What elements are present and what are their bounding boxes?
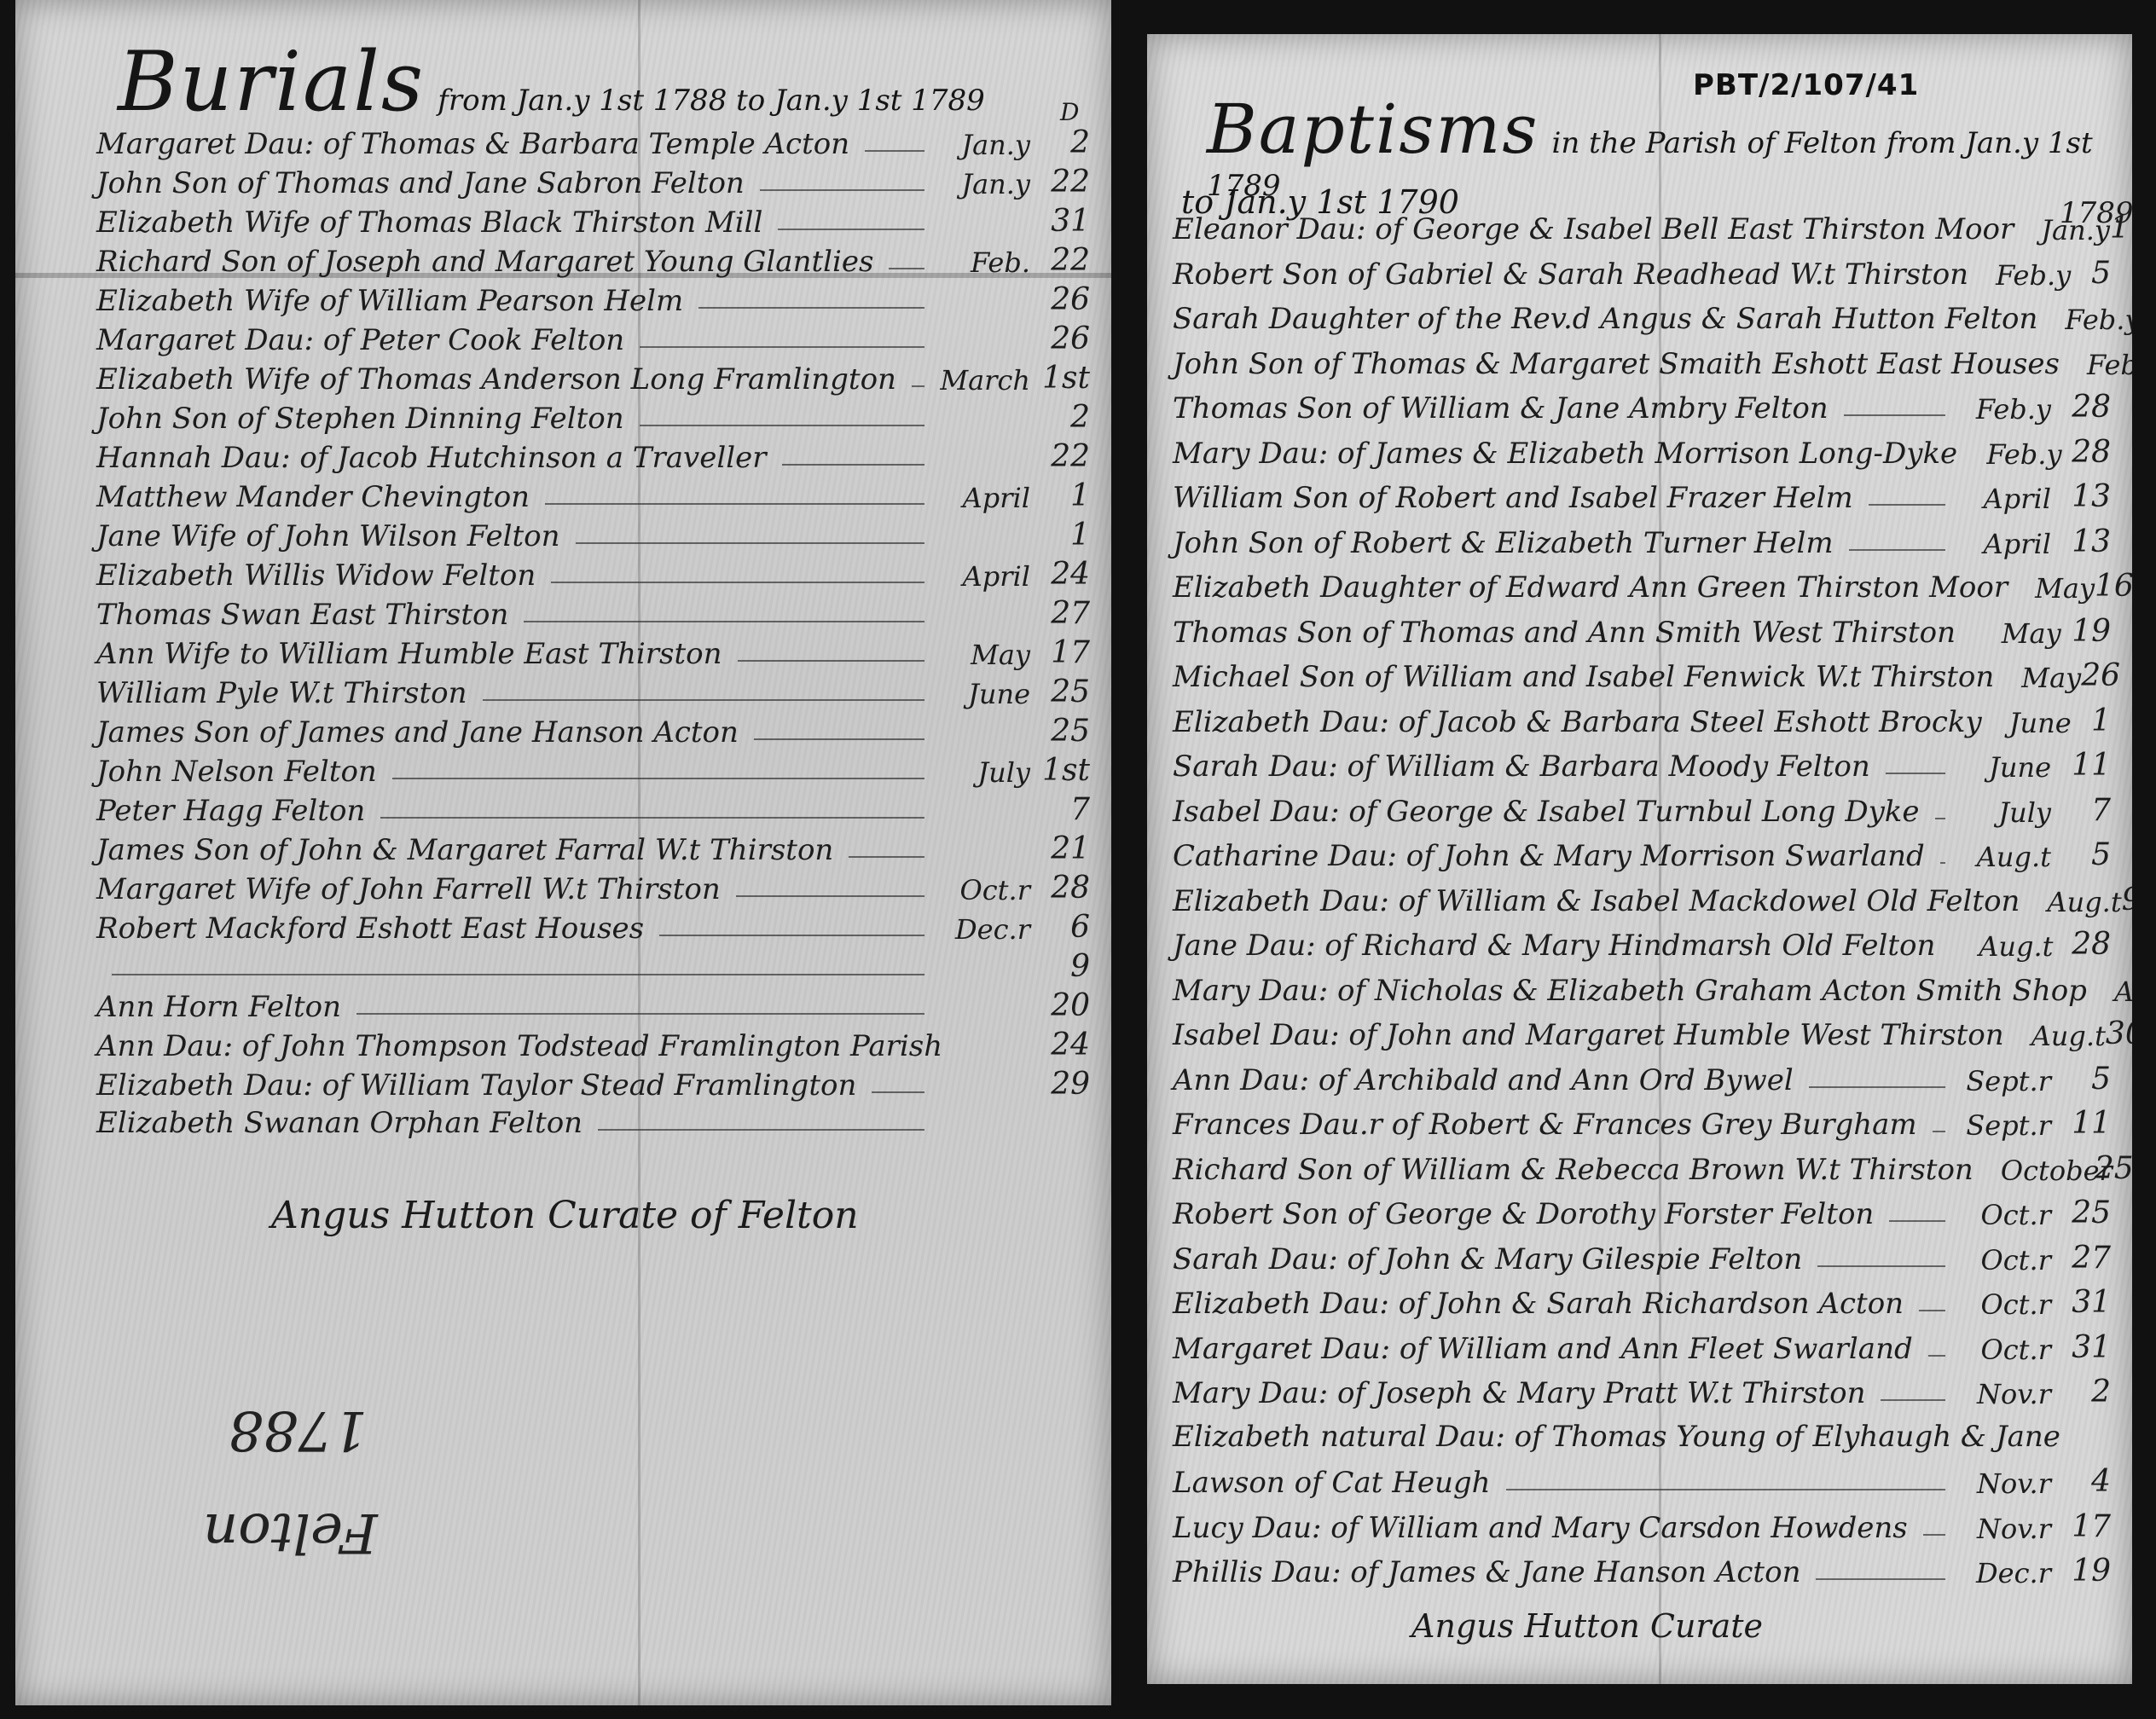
entry-day: 22 — [1030, 442, 1090, 472]
entry-text: Robert Son of Gabriel & Sarah Readhead W… — [1173, 260, 1968, 289]
entry-month: Jan.y — [936, 171, 1030, 198]
entry-day: 9 — [2122, 885, 2132, 916]
entry-text: Elizabeth Wife of Thomas Anderson Long F… — [96, 365, 896, 394]
register-entry: Isabel Dau: of John and Margaret Humble … — [1173, 1019, 2111, 1050]
entry-text: Elizabeth Swanan Orphan Felton — [96, 1108, 582, 1137]
entry-day: 1st — [1030, 363, 1090, 394]
register-entry: Elizabeth natural Dau: of Thomas Young o… — [1173, 1422, 2111, 1451]
register-entry: Elizabeth Dau: of William & Isabel Mackd… — [1173, 885, 2111, 916]
entry-text: Elizabeth Dau: of Jacob & Barbara Steel … — [1173, 708, 1982, 737]
register-entry: Elizabeth Wife of Thomas Anderson Long F… — [96, 363, 1090, 394]
entry-day: 31 — [1030, 206, 1090, 237]
entry-text: Eleanor Dau: of George & Isabel Bell Eas… — [1173, 215, 2014, 244]
entry-day: 5 — [2071, 258, 2111, 289]
entry-day: 7 — [1030, 795, 1090, 825]
register-entry: Phillis Dau: of James & Jane Hanson Acto… — [1173, 1556, 2111, 1587]
entry-text: Matthew Mander Chevington — [96, 483, 530, 512]
entry-day: 19 — [2051, 1556, 2111, 1587]
entry-month: May — [936, 641, 1030, 668]
entry-day: 1 — [2110, 213, 2130, 244]
register-entry: Isabel Dau: of George & Isabel Turnbul L… — [1173, 796, 2111, 826]
entry-text: James Son of James and Jane Hanson Acton — [96, 718, 739, 747]
entry-text: Elizabeth Wife of William Pearson Helm — [96, 286, 683, 315]
entry-text: Lucy Dau: of William and Mary Carsdon Ho… — [1173, 1514, 1908, 1542]
register-entry: Sarah Dau: of William & Barbara Moody Fe… — [1173, 750, 2111, 781]
entry-text: Elizabeth Willis Widow Felton — [96, 561, 536, 590]
entry-text: Elizabeth natural Dau: of Thomas Young o… — [1173, 1422, 2060, 1451]
entry-month: July — [1957, 799, 2051, 826]
entry-text: Catharine Dau: of John & Mary Morrison S… — [1173, 842, 1925, 871]
entry-text: Ann Wife to William Humble East Thirston — [96, 640, 722, 668]
entry-day: 11 — [2051, 1108, 2111, 1139]
entry-day: 5 — [2051, 1064, 2111, 1095]
entry-rule — [872, 1091, 924, 1093]
entry-text: William Pyle W.t Thirston — [96, 679, 467, 708]
entry-rule — [640, 425, 924, 426]
register-entry: Thomas Son of Thomas and Ann Smith West … — [1173, 616, 2111, 647]
entry-day: 6 — [1030, 912, 1090, 943]
register-entry: Jane Dau: of Richard & Mary Hindmarsh Ol… — [1173, 929, 2111, 960]
entry-day: 24 — [1030, 559, 1090, 590]
entry-month: Aug.t — [2031, 1022, 2106, 1050]
entry-day: 1 — [2072, 706, 2111, 737]
entry-rule — [738, 660, 924, 662]
entry-month: Jan.y — [936, 131, 1030, 159]
endorsement-place: Felton — [203, 1501, 378, 1564]
entry-text: Sarah Dau: of John & Mary Gilespie Felto… — [1173, 1245, 1802, 1274]
register-entry: Elizabeth Swanan Orphan Felton — [96, 1108, 1090, 1137]
entry-text: James Son of John & Margaret Farral W.t … — [96, 836, 833, 865]
register-entry: Elizabeth Willis Widow Felton April 24 — [96, 559, 1090, 590]
endorsement-year: 1788 — [229, 1398, 368, 1461]
entry-month: Feb.y — [2087, 351, 2132, 379]
entry-rule — [889, 268, 924, 269]
entry-rule — [1923, 1534, 1945, 1536]
baptisms-title: Baptisms — [1207, 90, 1539, 169]
entry-text: Thomas Son of William & Jane Ambry Felto… — [1173, 394, 1829, 423]
burials-title: Burials — [118, 34, 425, 130]
entry-month: October — [2001, 1157, 2095, 1184]
entry-rule — [865, 150, 924, 152]
entry-rule — [1849, 549, 1945, 551]
entry-month: April — [1957, 530, 2051, 558]
entry-rule — [576, 542, 924, 544]
entry-text: John Son of Thomas and Jane Sabron Felto… — [96, 169, 745, 198]
entry-day: 17 — [1030, 638, 1090, 668]
entry-month: Nov.r — [1957, 1380, 2051, 1408]
entry-day: 30 — [2106, 1019, 2132, 1050]
register-entry: William Pyle W.t Thirston June 25 — [96, 677, 1090, 708]
register-entry: Frances Dau.r of Robert & Frances Grey B… — [1173, 1108, 2111, 1139]
entry-text: Elizabeth Dau: of William Taylor Stead F… — [96, 1071, 856, 1100]
entry-text: Margaret Dau: of Thomas & Barbara Temple… — [96, 130, 849, 159]
entry-text: Elizabeth Wife of Thomas Black Thirston … — [96, 208, 762, 237]
entry-rule — [1940, 862, 1945, 864]
entry-month: Dec.r — [936, 916, 1030, 943]
burials-page: Burials from Jan.y 1st 1788 to Jan.y 1st… — [15, 0, 1111, 1705]
register-entry: John Son of Stephen Dinning Felton 2 — [96, 402, 1090, 433]
entry-rule — [1935, 818, 1945, 819]
entry-month: May — [1983, 620, 2061, 647]
entry-rule — [1869, 504, 1945, 506]
entry-text: Thomas Son of Thomas and Ann Smith West … — [1173, 618, 1956, 647]
register-entry: William Son of Robert and Isabel Frazer … — [1173, 482, 2111, 512]
entry-text: Thomas Swan East Thirston — [96, 600, 508, 629]
entry-day: 25 — [1030, 677, 1090, 708]
entry-day: 21 — [1030, 834, 1090, 865]
entry-month: Oct.r — [936, 877, 1030, 904]
register-entry: Thomas Swan East Thirston 27 — [96, 599, 1090, 629]
register-entry: Margaret Dau: of William and Ann Fleet S… — [1173, 1333, 2111, 1363]
entry-text: Sarah Daughter of the Rev.d Angus & Sara… — [1173, 304, 2037, 333]
entry-month: July — [936, 759, 1030, 786]
entry-month: Feb.y — [1996, 262, 2071, 289]
entry-month: April — [936, 563, 1030, 590]
entry-text: Jane Dau: of Richard & Mary Hindmarsh Ol… — [1173, 931, 1935, 960]
register-entry: Michael Son of William and Isabel Fenwic… — [1173, 661, 2111, 692]
entry-day: 2 — [2051, 1377, 2111, 1408]
register-entry: Ann Dau: of Archibald and Ann Ord Bywel … — [1173, 1064, 2111, 1095]
entry-day: 11 — [2051, 750, 2111, 781]
entry-day: 28 — [1030, 873, 1090, 904]
entry-rule — [1817, 1265, 1945, 1267]
entry-rule — [1928, 1355, 1945, 1357]
register-entry: Richard Son of William & Rebecca Brown W… — [1173, 1154, 2111, 1184]
entry-rule — [1506, 1489, 1945, 1490]
entry-day: 24 — [1043, 1030, 1090, 1061]
entry-rule — [483, 699, 924, 701]
entry-rule — [778, 229, 924, 230]
entry-month: Oct.r — [1957, 1201, 2051, 1229]
entry-month: Aug.t — [1957, 843, 2051, 871]
entry-day: 9 — [1030, 952, 1090, 982]
entry-month: June — [2009, 709, 2072, 737]
entry-month: Feb.y — [2065, 306, 2132, 333]
burials-date-range: from Jan.y 1st 1788 to Jan.y 1st 1789 — [438, 84, 985, 118]
entry-rule — [551, 582, 924, 583]
entry-month: April — [936, 484, 1030, 512]
entry-day: 5 — [2051, 840, 2111, 871]
register-entry: Robert Son of Gabriel & Sarah Readhead W… — [1173, 258, 2111, 289]
register-entry: Mary Dau: of Nicholas & Elizabeth Graham… — [1173, 975, 2111, 1005]
entry-text: Jane Wife of John Wilson Felton — [96, 522, 560, 551]
entry-day: 1 — [1030, 481, 1090, 512]
entry-day: 26 — [2081, 661, 2120, 692]
entry-day: 28 — [2053, 929, 2111, 960]
entry-text: John Son of Thomas & Margaret Smaith Esh… — [1173, 350, 2060, 379]
entry-day: 28 — [2062, 437, 2111, 468]
entry-month: Aug.t — [2047, 888, 2121, 916]
entry-day: 1st — [1030, 755, 1090, 786]
register-entry: James Son of James and Jane Hanson Acton… — [96, 716, 1090, 747]
entry-text: Margaret Dau: of William and Ann Fleet S… — [1173, 1334, 1913, 1363]
entry-text: Mary Dau: of Nicholas & Elizabeth Graham… — [1173, 976, 2087, 1005]
burials-heading: Burials from Jan.y 1st 1788 to Jan.y 1st… — [118, 34, 985, 130]
entry-day: 26 — [1030, 285, 1090, 315]
register-entry: Lucy Dau: of William and Mary Carsdon Ho… — [1173, 1512, 2111, 1542]
register-entry: Eleanor Dau: of George & Isabel Bell Eas… — [1173, 213, 2111, 244]
register-entry: Ann Dau: of John Thompson Todstead Framl… — [96, 1030, 1090, 1061]
entry-day: 26 — [1030, 324, 1090, 355]
entry-day: 2 — [1030, 402, 1090, 433]
entry-month: Oct.r — [1957, 1291, 2051, 1318]
entry-text: Elizabeth Dau: of William & Isabel Mackd… — [1173, 887, 2020, 916]
entry-day: 2 — [1030, 128, 1090, 159]
entry-month: Sept.r — [1957, 1112, 2051, 1139]
entry-day: 27 — [2051, 1243, 2111, 1274]
register-entry: John Son of Robert & Elizabeth Turner He… — [1173, 527, 2111, 558]
entry-month: March — [936, 367, 1030, 394]
entry-month: May — [2035, 575, 2095, 602]
register-entry: John Nelson Felton July 1st — [96, 755, 1090, 786]
register-entry: Elizabeth Wife of William Pearson Helm 2… — [96, 285, 1090, 315]
entry-rule — [524, 621, 924, 622]
entry-month: Dec.r — [1957, 1560, 2051, 1587]
entry-text: John Son of Stephen Dinning Felton — [96, 404, 624, 433]
entry-rule — [1816, 1578, 1945, 1580]
entry-text: Ann Horn Felton — [96, 993, 341, 1022]
entry-month: April — [1957, 485, 2051, 512]
entry-rule — [912, 385, 924, 387]
entry-text: Ann Dau: of Archibald and Ann Ord Bywel — [1173, 1066, 1794, 1095]
entry-month: May — [2021, 664, 2081, 692]
register-entry: James Son of John & Margaret Farral W.t … — [96, 834, 1090, 865]
baptisms-signature: Angus Hutton Curate — [1411, 1607, 1763, 1645]
entry-month: Feb.y — [1957, 396, 2051, 423]
entry-rule — [1889, 1220, 1945, 1222]
register-entry: Elizabeth Dau: of John & Sarah Richardso… — [1173, 1288, 2111, 1318]
entry-text: Richard Son of William & Rebecca Brown W… — [1173, 1155, 1973, 1184]
burials-signature: Angus Hutton Curate of Felton — [271, 1194, 859, 1237]
entry-month: Feb.y — [1985, 441, 2061, 468]
register-entry: Elizabeth Wife of Thomas Black Thirston … — [96, 206, 1090, 237]
entry-text: Elizabeth Daughter of Edward Ann Green T… — [1173, 573, 2008, 602]
entry-text: John Nelson Felton — [96, 757, 377, 786]
entry-text: Michael Son of William and Isabel Fenwic… — [1173, 663, 1994, 692]
entry-rule — [1881, 1399, 1945, 1401]
entry-day: 17 — [2051, 1512, 2111, 1542]
register-entry: 9 — [96, 952, 1090, 982]
entry-day: 25 — [2051, 1198, 2111, 1229]
entry-text: Mary Dau: of James & Elizabeth Morrison … — [1173, 439, 1957, 468]
entry-day: 16 — [2095, 571, 2132, 602]
register-entry: Sarah Daughter of the Rev.d Angus & Sara… — [1173, 303, 2111, 333]
entry-text: Peter Hagg Felton — [96, 796, 365, 825]
entry-text: Phillis Dau: of James & Jane Hanson Acto… — [1173, 1558, 1800, 1587]
entry-month: Jan.y — [2041, 217, 2110, 244]
register-entry: Margaret Dau: of Thomas & Barbara Temple… — [96, 128, 1090, 159]
entry-day: 13 — [2051, 527, 2111, 558]
entry-day: 7 — [2051, 796, 2111, 826]
entry-day: 28 — [2051, 392, 2111, 423]
entry-day: 31 — [2051, 1288, 2111, 1318]
register-entry: Sarah Dau: of John & Mary Gilespie Felto… — [1173, 1243, 2111, 1274]
register-entry: Robert Son of George & Dorothy Forster F… — [1173, 1198, 2111, 1229]
entry-rule — [545, 503, 924, 505]
entry-month: Aug.t — [1962, 933, 2053, 960]
entry-day: 27 — [1030, 599, 1090, 629]
entry-text: Robert Son of George & Dorothy Forster F… — [1173, 1200, 1874, 1229]
baptisms-page: PBT/2/107/41 Baptisms in the Parish of F… — [1147, 34, 2132, 1684]
entry-month: Nov.r — [1957, 1470, 2051, 1497]
entry-rule — [356, 1013, 924, 1015]
entry-rule — [112, 974, 924, 975]
register-entry: John Son of Thomas and Jane Sabron Felto… — [96, 167, 1090, 198]
register-entry: Robert Mackford Eshott East Houses Dec.r… — [96, 912, 1090, 943]
entry-text: Sarah Dau: of William & Barbara Moody Fe… — [1173, 752, 1870, 781]
register-entry: Richard Son of Joseph and Margaret Young… — [96, 246, 1090, 276]
entry-day: 22 — [1030, 246, 1090, 276]
entry-month: June — [936, 680, 1030, 708]
entry-text: Margaret Wife of John Farrell W.t Thirst… — [96, 875, 721, 904]
entry-rule — [736, 895, 924, 897]
entry-text: William Son of Robert and Isabel Frazer … — [1173, 483, 1853, 512]
entry-text: Lawson of Cat Heugh — [1173, 1468, 1491, 1497]
entry-rule — [754, 738, 924, 740]
register-entry: Margaret Wife of John Farrell W.t Thirst… — [96, 873, 1090, 904]
register-entry: Ann Horn Felton 20 — [96, 991, 1090, 1022]
entry-rule — [698, 307, 924, 309]
entry-day: 4 — [2051, 1467, 2111, 1497]
register-entry: Jane Wife of John Wilson Felton 1 — [96, 520, 1090, 551]
register-entry: Elizabeth Daughter of Edward Ann Green T… — [1173, 571, 2111, 602]
entry-text: Mary Dau: of Joseph & Mary Pratt W.t Thi… — [1173, 1379, 1865, 1408]
entry-text: John Son of Robert & Elizabeth Turner He… — [1173, 529, 1834, 558]
entry-text: Isabel Dau: of John and Margaret Humble … — [1173, 1021, 2004, 1050]
register-entry: Margaret Dau: of Peter Cook Felton 26 — [96, 324, 1090, 355]
entry-rule — [1886, 773, 1945, 774]
entry-month: June — [1957, 754, 2051, 781]
register-entry: John Son of Thomas & Margaret Smaith Esh… — [1173, 348, 2111, 379]
entry-rule — [1809, 1086, 1945, 1088]
entry-rule — [782, 464, 924, 466]
entry-month: Oct.r — [1957, 1336, 2051, 1363]
entry-rule — [640, 346, 924, 348]
entry-text: Hannah Dau: of Jacob Hutchinson a Travel… — [96, 443, 767, 472]
entry-text: Robert Mackford Eshott East Houses — [96, 914, 644, 943]
entry-day: 31 — [2051, 1333, 2111, 1363]
entry-rule — [659, 935, 924, 936]
entry-text: Margaret Dau: of Peter Cook Felton — [96, 326, 624, 355]
register-entry: Thomas Son of William & Jane Ambry Felto… — [1173, 392, 2111, 423]
register-entry: Elizabeth Dau: of Jacob & Barbara Steel … — [1173, 706, 2111, 737]
day-column-header: D — [1060, 98, 1079, 126]
entry-day: 22 — [1030, 167, 1090, 198]
register-entry: Hannah Dau: of Jacob Hutchinson a Travel… — [96, 442, 1090, 472]
entry-rule — [380, 817, 924, 819]
entry-month: Nov.r — [1957, 1515, 2051, 1542]
entry-day: 25 — [2095, 1154, 2132, 1184]
register-entry: Elizabeth Dau: of William Taylor Stead F… — [96, 1069, 1090, 1100]
register-entry: Mary Dau: of Joseph & Mary Pratt W.t Thi… — [1173, 1377, 2111, 1408]
entry-month: Oct.r — [1957, 1247, 2051, 1274]
register-entry: Matthew Mander Chevington April 1 — [96, 481, 1090, 512]
register-entry: Peter Hagg Felton 7 — [96, 795, 1090, 825]
register-entry: Lawson of Cat Heugh Nov.r 4 — [1173, 1467, 2111, 1497]
entry-month: Feb. — [936, 249, 1030, 276]
register-entry: Ann Wife to William Humble East Thirston… — [96, 638, 1090, 668]
entry-text: Ann Dau: of John Thompson Todstead Framl… — [96, 1032, 942, 1061]
entry-rule — [760, 189, 924, 191]
entry-rule — [1919, 1310, 1945, 1311]
entry-text: Richard Son of Joseph and Margaret Young… — [96, 247, 873, 276]
entry-rule — [392, 778, 924, 779]
entry-text: Isabel Dau: of George & Isabel Turnbul L… — [1173, 797, 1920, 826]
entry-text: Elizabeth Dau: of John & Sarah Richardso… — [1173, 1289, 1904, 1318]
register-entry: Mary Dau: of James & Elizabeth Morrison … — [1173, 437, 2111, 468]
entry-rule — [1844, 414, 1945, 416]
entry-day: 20 — [1030, 991, 1090, 1022]
entry-month: Sept.r — [1957, 1068, 2051, 1095]
entry-day: 25 — [1030, 716, 1090, 747]
entry-day: 29 — [1030, 1069, 1090, 1100]
entry-text: Frances Dau.r of Robert & Frances Grey B… — [1173, 1110, 1917, 1139]
entry-rule — [1933, 1131, 1945, 1132]
entry-rule — [849, 856, 924, 858]
register-entry: Catharine Dau: of John & Mary Morrison S… — [1173, 840, 2111, 871]
entry-day: 1 — [1030, 520, 1090, 551]
entry-day: 13 — [2051, 482, 2111, 512]
entry-day: 19 — [2061, 616, 2111, 647]
entry-month: Aug.t — [2114, 978, 2132, 1005]
entry-rule — [598, 1129, 924, 1131]
